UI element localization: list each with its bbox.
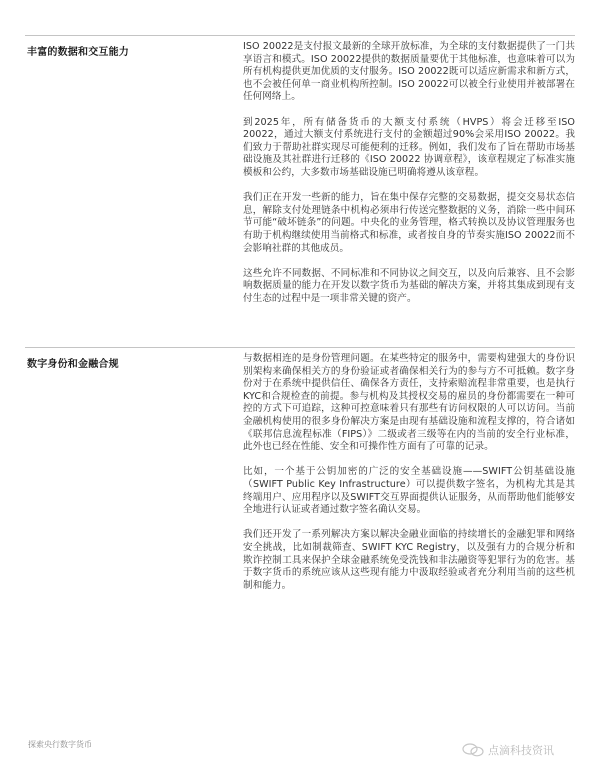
watermark: 点滴科技资讯 xyxy=(462,742,554,758)
section-body: 与数据相连的是身份管理问题。在某些特定的服务中，需要构建强大的身份识别架构来确保… xyxy=(243,353,575,605)
paragraph: ISO 20022是支付报文最新的全球开放标准，为全球的支付数据提供了一门共享语… xyxy=(243,41,575,104)
footer-title: 探索央行数字货币 xyxy=(28,739,92,750)
wechat-icon xyxy=(462,743,484,757)
paragraph: 我们还开发了一系列解决方案以解决金融业面临的持续增长的金融犯罪和网络安全挑战，比… xyxy=(243,529,575,592)
section-digital-identity: 数字身份和金融合规 与数据相连的是身份管理问题。在某些特定的服务中，需要构建强大… xyxy=(25,347,575,348)
section-divider xyxy=(25,35,575,36)
section-body: ISO 20022是支付报文最新的全球开放标准，为全球的支付数据提供了一门共享语… xyxy=(243,41,575,318)
paragraph: 这些允许不同数据、不同标准和不同协议之间交互，以及向后兼容、且不会影响数据质量的… xyxy=(243,268,575,306)
watermark-text: 点滴科技资讯 xyxy=(488,742,554,758)
section-heading: 数字身份和金融合规 xyxy=(27,355,119,370)
section-divider xyxy=(25,347,575,348)
paragraph: 比如，一个基于公钥加密的广泛的安全基础设施——SWIFT公钥基础设施（SWIFT… xyxy=(243,466,575,516)
paragraph: 到2025年，所有储备货币的大额支付系统（HVPS）将会迁移至ISO 20022… xyxy=(243,117,575,180)
section-data-interop: 丰富的数据和交互能力 ISO 20022是支付报文最新的全球开放标准，为全球的支… xyxy=(25,35,575,36)
section-heading: 丰富的数据和交互能力 xyxy=(27,43,129,58)
paragraph: 与数据相连的是身份管理问题。在某些特定的服务中，需要构建强大的身份识别架构来确保… xyxy=(243,353,575,454)
paragraph: 我们正在开发一些新的能力，旨在集中保存完整的交易数据，提交交易状态信息，解除支付… xyxy=(243,192,575,255)
